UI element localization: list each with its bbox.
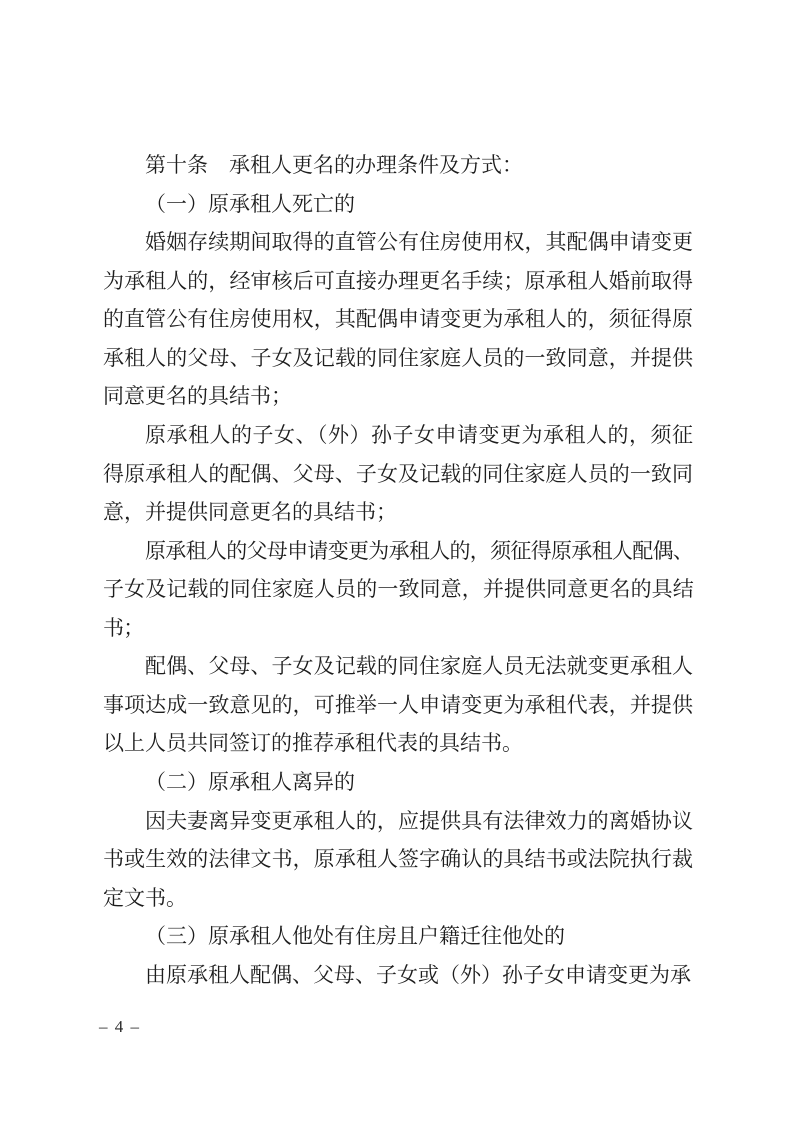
clause-1-paragraph-representative: 配偶、父母、子女及记载的同住家庭人员无法就变更承租人事项达成一致意见的，可推举一… (103, 647, 693, 763)
clause-1-heading: （一）原承租人死亡的 (103, 185, 693, 224)
clause-3-heading: （三）原承租人他处有住房且户籍迁往他处的 (103, 917, 693, 956)
clause-1-paragraph-children: 原承租人的子女、（外）孙子女申请变更为承租人的，须征得原承租人的配偶、父母、子女… (103, 416, 693, 532)
clause-2-heading: （二）原承租人离异的 (103, 763, 693, 802)
article-heading: 第十条 承租人更名的办理条件及方式： (103, 146, 693, 185)
clause-1-paragraph-parents: 原承租人的父母申请变更为承租人的，须征得原承租人配偶、子女及记载的同住家庭人员的… (103, 532, 693, 648)
clause-3-paragraph-start: 由原承租人配偶、父母、子女或（外）孙子女申请变更为承 (103, 956, 693, 995)
clause-1-paragraph-spouse: 婚姻存续期间取得的直管公有住房使用权，其配偶申请变更为承租人的，经审核后可直接办… (103, 223, 693, 416)
page-number: – 4 – (99, 1016, 141, 1038)
document-body: 第十条 承租人更名的办理条件及方式： （一）原承租人死亡的 婚姻存续期间取得的直… (103, 146, 693, 994)
document-page: 第十条 承租人更名的办理条件及方式： （一）原承租人死亡的 婚姻存续期间取得的直… (0, 0, 793, 1122)
clause-2-paragraph-divorce: 因夫妻离异变更承租人的，应提供具有法律效力的离婚协议书或生效的法律文书，原承租人… (103, 802, 693, 918)
